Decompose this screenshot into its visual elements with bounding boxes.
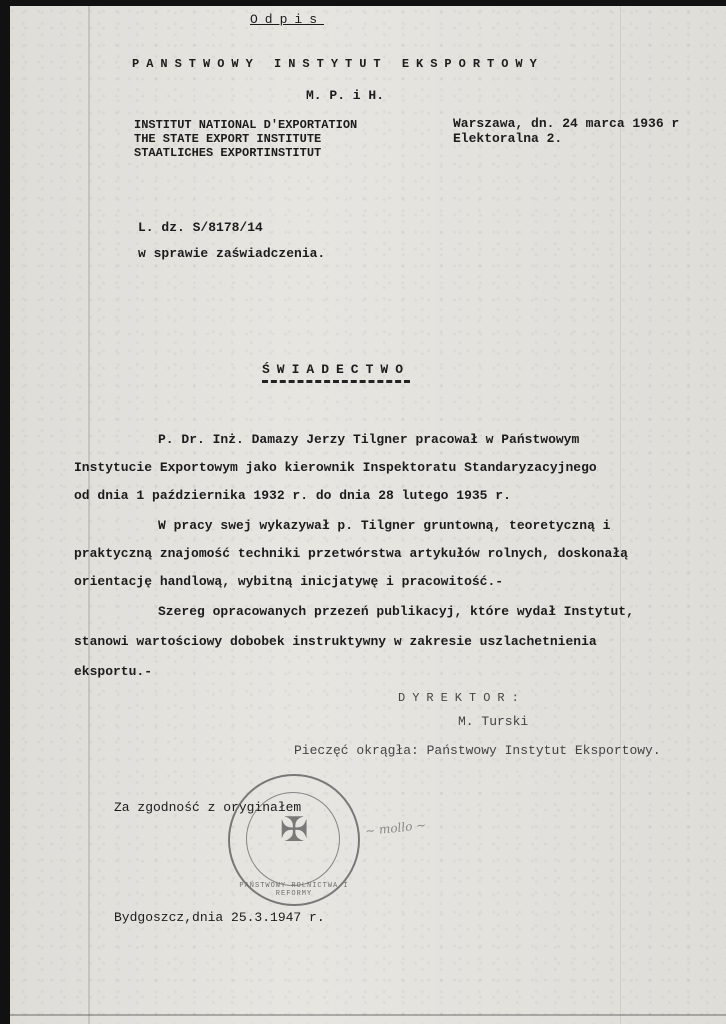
fold-line xyxy=(10,1014,726,1016)
body-line: Szereg opracowanych przezeń publikacyj, … xyxy=(158,604,634,620)
ministry-abbr: M. P. i H. xyxy=(306,88,384,104)
signatory-name: M. Turski xyxy=(458,714,528,730)
institute-name-de: STAATLICHES EXPORTINSTITUT xyxy=(134,146,321,160)
document-page: Odpis PANSTWOWY INSTYTUT EKSPORTOWY M. P… xyxy=(10,6,726,1024)
official-stamp: ✠ PAŃSTWOWY ROLNICTWA I REFORMY xyxy=(228,774,360,906)
seal-note: Pieczęć okrągła: Państwowy Instytut Eksp… xyxy=(294,743,661,759)
body-line: W pracy swej wykazywał p. Tilgner grunto… xyxy=(158,518,610,534)
body-line: praktyczną znajomość techniki przetwórst… xyxy=(74,546,628,562)
fold-line xyxy=(620,6,621,1024)
body-line: stanowi wartościowy dobobek instruktywny… xyxy=(74,634,597,650)
institute-name-pl: PANSTWOWY INSTYTUT EKSPORTOWY xyxy=(132,56,544,72)
copy-label: Odpis xyxy=(250,12,324,28)
body-line: Instytucie Exportowym jako kierownik Ins… xyxy=(74,460,597,476)
institute-name-en: THE STATE EXPORT INSTITUTE xyxy=(134,132,321,146)
fold-line xyxy=(88,6,90,1024)
institute-name-fr: INSTITUT NATIONAL D'EXPORTATION xyxy=(134,118,357,132)
place-date: Warszawa, dn. 24 marca 1936 r xyxy=(453,116,679,132)
copy-place-date: Bydgoszcz,dnia 25.3.1947 r. xyxy=(114,910,325,926)
body-line: eksportu.- xyxy=(74,664,152,680)
body-line: orientację handlową, wybitną inicjatywę … xyxy=(74,574,503,590)
body-line: od dnia 1 października 1932 r. do dnia 2… xyxy=(74,488,511,504)
address: Elektoralna 2. xyxy=(453,131,562,147)
document-title: ŚWIADECTWO xyxy=(262,362,410,383)
eagle-icon: ✠ xyxy=(230,810,358,850)
subject-line: w sprawie zaświadczenia. xyxy=(138,246,325,262)
body-line: P. Dr. Inż. Damazy Jerzy Tilgner pracowa… xyxy=(158,432,579,448)
handwritten-signature: ~ mollo ~ xyxy=(364,812,485,840)
reference-number: L. dz. S/8178/14 xyxy=(138,220,263,236)
stamp-ring-text: PAŃSTWOWY ROLNICTWA I REFORMY xyxy=(230,882,358,898)
signatory-title: DYREKTOR: xyxy=(398,690,526,706)
